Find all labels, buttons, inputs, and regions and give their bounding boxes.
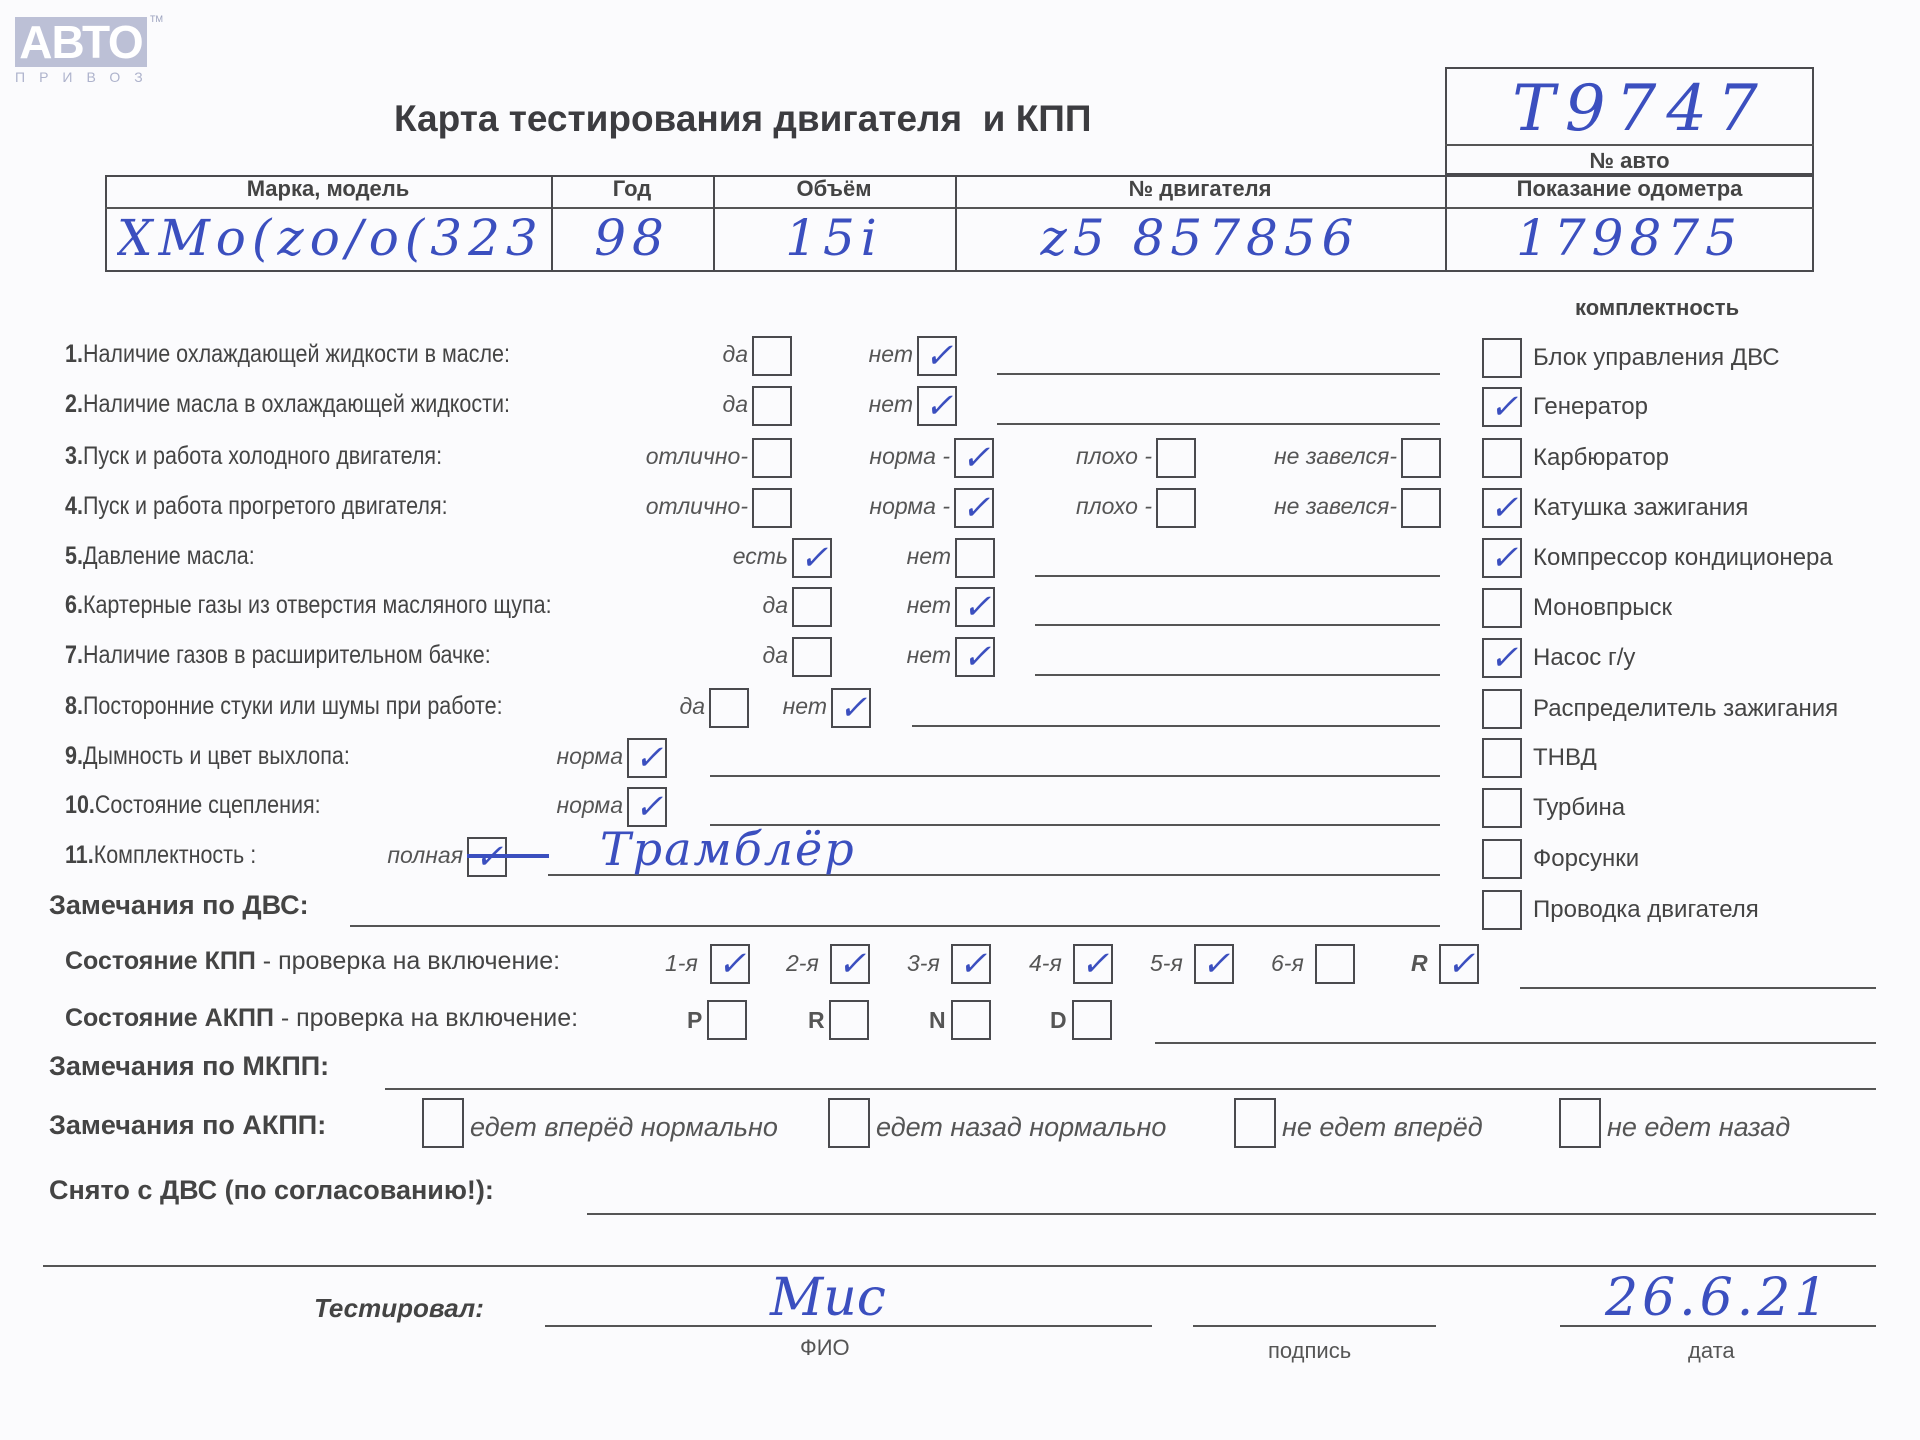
option-label: не завелся- bbox=[0, 443, 1399, 470]
completeness-item-label: Блок управления ДВС bbox=[1533, 344, 1780, 372]
column-header: Объём bbox=[713, 176, 955, 202]
check-mark-icon: ✓ bbox=[629, 740, 669, 780]
option-label: не завелся- bbox=[0, 493, 1399, 520]
option-label: нет bbox=[0, 341, 915, 368]
auto-gear-checkbox[interactable] bbox=[951, 1000, 991, 1040]
akpp-remark-label: не едет вперёд bbox=[1282, 1112, 1483, 1143]
check-mark-icon: ✓ bbox=[469, 839, 509, 879]
check-mark-icon: ✓ bbox=[919, 338, 959, 378]
completeness-item-label: ТНВД bbox=[1533, 744, 1597, 772]
remarks-engine-field[interactable] bbox=[350, 925, 1440, 927]
completeness-checkbox[interactable]: ✓ bbox=[1482, 538, 1522, 578]
column-header: Год bbox=[551, 176, 713, 202]
auto-gear-label: P bbox=[687, 1007, 702, 1034]
completeness-item-label: Компрессор кондиционера bbox=[1533, 544, 1833, 572]
divider bbox=[43, 1265, 1876, 1267]
check-mark-icon: ✓ bbox=[953, 946, 993, 986]
logo-trademark: TM bbox=[150, 14, 163, 24]
checklist-note-field[interactable] bbox=[1035, 674, 1440, 676]
checklist-note-field[interactable] bbox=[912, 725, 1440, 727]
strike-through-mark bbox=[467, 854, 549, 858]
checkbox-нет[interactable] bbox=[955, 538, 995, 578]
checklist-note-field[interactable] bbox=[710, 775, 1440, 777]
gear-checkbox[interactable]: ✓ bbox=[1439, 944, 1479, 984]
completeness-checkbox[interactable] bbox=[1482, 839, 1522, 879]
completeness-item-label: Катушка зажигания bbox=[1533, 494, 1748, 522]
page-title: Карта тестирования двигателя и КПП bbox=[394, 98, 1091, 140]
completeness-item-label: Моновпрыск bbox=[1533, 594, 1672, 622]
remarks-mkpp-field[interactable] bbox=[385, 1088, 1876, 1090]
option-label: нет bbox=[0, 391, 915, 418]
check-mark-icon: ✓ bbox=[1484, 540, 1524, 580]
completeness-item-label: Насос г/у bbox=[1533, 644, 1635, 672]
tested-by-label: Тестировал: bbox=[314, 1293, 484, 1324]
completeness-item-label: Форсунки bbox=[1533, 845, 1639, 873]
completeness-checkbox[interactable] bbox=[1482, 338, 1522, 378]
check-mark-icon: ✓ bbox=[1484, 640, 1524, 680]
tested-by-name[interactable]: Мис bbox=[770, 1268, 886, 1328]
column-value[interactable]: 98 bbox=[563, 206, 701, 270]
gear-checkbox[interactable] bbox=[1315, 944, 1355, 984]
manual-gearbox-label-bold: Состояние КПП bbox=[65, 947, 256, 975]
date-value[interactable]: 26.6.21 bbox=[1605, 1268, 1831, 1328]
manual-gearbox-label-rest: - проверка на включение: bbox=[256, 947, 560, 975]
akpp-remark-label: не едет назад bbox=[1607, 1112, 1790, 1143]
manual-gearbox-note-field[interactable] bbox=[1520, 987, 1876, 989]
check-mark-icon: ✓ bbox=[833, 690, 873, 730]
name-field-line bbox=[545, 1325, 1152, 1327]
check-mark-icon: ✓ bbox=[1441, 946, 1481, 986]
option-label: нет bbox=[0, 592, 953, 619]
akpp-remark-label: едет вперёд нормально bbox=[470, 1112, 778, 1143]
completeness-item-label: Генератор bbox=[1533, 393, 1648, 421]
checkbox-норма[interactable]: ✓ bbox=[627, 787, 667, 827]
column-value[interactable]: 15i bbox=[725, 206, 943, 270]
completeness-checkbox[interactable] bbox=[1482, 588, 1522, 628]
check-mark-icon: ✓ bbox=[1484, 389, 1524, 429]
auto-gearbox-label-rest: - проверка на включение: bbox=[274, 1004, 578, 1032]
auto-gearbox-note-field[interactable] bbox=[1155, 1042, 1876, 1044]
auto-gearbox-label: Состояние АКПП - проверка на включение: bbox=[65, 1004, 578, 1033]
column-value[interactable]: XMo(zo/o(323 bbox=[117, 206, 539, 270]
date-field-line bbox=[1560, 1325, 1876, 1327]
name-caption: ФИО bbox=[800, 1335, 850, 1361]
option-label: норма bbox=[0, 743, 625, 770]
column-value[interactable]: 179875 bbox=[1457, 206, 1802, 270]
auto-gear-checkbox[interactable] bbox=[1072, 1000, 1112, 1040]
completeness-checkbox[interactable] bbox=[1482, 438, 1522, 478]
checkbox-незавелся[interactable] bbox=[1401, 438, 1441, 478]
auto-gear-label: N bbox=[929, 1007, 946, 1034]
completeness-checkbox[interactable] bbox=[1482, 738, 1522, 778]
checkbox-нет[interactable]: ✓ bbox=[917, 336, 957, 376]
gear-label: 3-я bbox=[907, 950, 940, 977]
removed-from-engine-field[interactable] bbox=[587, 1213, 1876, 1215]
remarks-engine-label: Замечания по ДВС: bbox=[49, 890, 309, 921]
auto-gear-checkbox[interactable] bbox=[707, 1000, 747, 1040]
remarks-mkpp-label: Замечания по МКПП: bbox=[49, 1051, 329, 1082]
gear-label: 2-я bbox=[786, 950, 819, 977]
check-mark-icon: ✓ bbox=[1196, 946, 1236, 986]
auto-gear-checkbox[interactable] bbox=[829, 1000, 869, 1040]
checklist-note-field[interactable] bbox=[997, 373, 1440, 375]
checklist-note-value[interactable]: Трамблёр bbox=[600, 822, 856, 876]
check-mark-icon: ✓ bbox=[919, 388, 959, 428]
akpp-remark-checkbox[interactable] bbox=[1559, 1098, 1601, 1148]
date-caption: дата bbox=[1688, 1338, 1735, 1364]
checkbox-нет[interactable]: ✓ bbox=[831, 688, 871, 728]
remarks-akpp-label: Замечания по АКПП: bbox=[49, 1110, 326, 1141]
gear-checkbox[interactable]: ✓ bbox=[1194, 944, 1234, 984]
check-mark-icon: ✓ bbox=[1484, 490, 1524, 530]
akpp-remark-checkbox[interactable] bbox=[828, 1098, 870, 1148]
signature-field[interactable] bbox=[1193, 1325, 1436, 1327]
gear-checkbox[interactable]: ✓ bbox=[1073, 944, 1113, 984]
check-mark-icon: ✓ bbox=[832, 946, 872, 986]
gear-label: R bbox=[1411, 950, 1428, 977]
gear-checkbox[interactable]: ✓ bbox=[710, 944, 750, 984]
option-label: полная bbox=[0, 842, 465, 869]
check-mark-icon: ✓ bbox=[957, 589, 997, 629]
checklist-note-field[interactable] bbox=[1035, 624, 1440, 626]
column-header: Показание одометра bbox=[1445, 176, 1814, 202]
gear-label: 6-я bbox=[1271, 950, 1304, 977]
auto-number-value[interactable]: T9747 bbox=[1480, 72, 1800, 148]
checklist-note-field[interactable] bbox=[997, 423, 1440, 425]
check-mark-icon: ✓ bbox=[712, 946, 752, 986]
auto-gear-label: D bbox=[1050, 1007, 1067, 1034]
completeness-item-label: Распределитель зажигания bbox=[1533, 695, 1838, 723]
column-header: Марка, модель bbox=[105, 176, 551, 202]
checkbox-нет[interactable]: ✓ bbox=[917, 386, 957, 426]
completeness-title: комплектность bbox=[1575, 295, 1739, 321]
akpp-remark-checkbox[interactable] bbox=[422, 1098, 464, 1148]
completeness-checkbox[interactable] bbox=[1482, 890, 1522, 930]
signature-caption: подпись bbox=[1268, 1338, 1351, 1364]
manual-gearbox-label: Состояние КПП - проверка на включение: bbox=[65, 947, 560, 976]
removed-from-engine-label: Снято с ДВС (по согласованию!): bbox=[49, 1175, 494, 1206]
option-label: нет bbox=[0, 642, 953, 669]
option-label: нет bbox=[0, 543, 953, 570]
check-mark-icon: ✓ bbox=[957, 639, 997, 679]
gear-checkbox[interactable]: ✓ bbox=[830, 944, 870, 984]
completeness-checkbox[interactable]: ✓ bbox=[1482, 638, 1522, 678]
gear-label: 4-я bbox=[1029, 950, 1062, 977]
option-label: норма bbox=[0, 792, 625, 819]
completeness-checkbox[interactable]: ✓ bbox=[1482, 488, 1522, 528]
completeness-checkbox[interactable] bbox=[1482, 788, 1522, 828]
gear-label: 1-я bbox=[665, 950, 698, 977]
completeness-item-label: Карбюратор bbox=[1533, 444, 1669, 472]
checkbox-нет[interactable]: ✓ bbox=[955, 587, 995, 627]
auto-gear-label: R bbox=[808, 1007, 825, 1034]
auto-number-label: № авто bbox=[1445, 148, 1814, 174]
divider bbox=[1445, 144, 1814, 146]
completeness-item-label: Турбина bbox=[1533, 794, 1625, 822]
completeness-checkbox[interactable] bbox=[1482, 689, 1522, 729]
auto-gearbox-label-bold: Состояние АКПП bbox=[65, 1004, 274, 1032]
column-value[interactable]: z5 857856 bbox=[967, 206, 1433, 270]
checkbox-норма[interactable]: ✓ bbox=[627, 738, 667, 778]
checkbox-незавелся[interactable] bbox=[1401, 488, 1441, 528]
checklist-note-field[interactable] bbox=[1035, 575, 1440, 577]
akpp-remark-label: едет назад нормально bbox=[876, 1112, 1166, 1143]
completeness-item-label: Проводка двигателя bbox=[1533, 896, 1759, 924]
logo: АВТО bbox=[15, 17, 147, 67]
gear-checkbox[interactable]: ✓ bbox=[951, 944, 991, 984]
check-mark-icon: ✓ bbox=[1075, 946, 1115, 986]
column-header: № двигателя bbox=[955, 176, 1445, 202]
akpp-remark-checkbox[interactable] bbox=[1234, 1098, 1276, 1148]
logo-subtitle: ПРИВОЗ bbox=[15, 69, 157, 85]
checkbox-нет[interactable]: ✓ bbox=[955, 637, 995, 677]
completeness-checkbox[interactable]: ✓ bbox=[1482, 387, 1522, 427]
gear-label: 5-я bbox=[1150, 950, 1183, 977]
option-label: нет bbox=[0, 693, 829, 720]
